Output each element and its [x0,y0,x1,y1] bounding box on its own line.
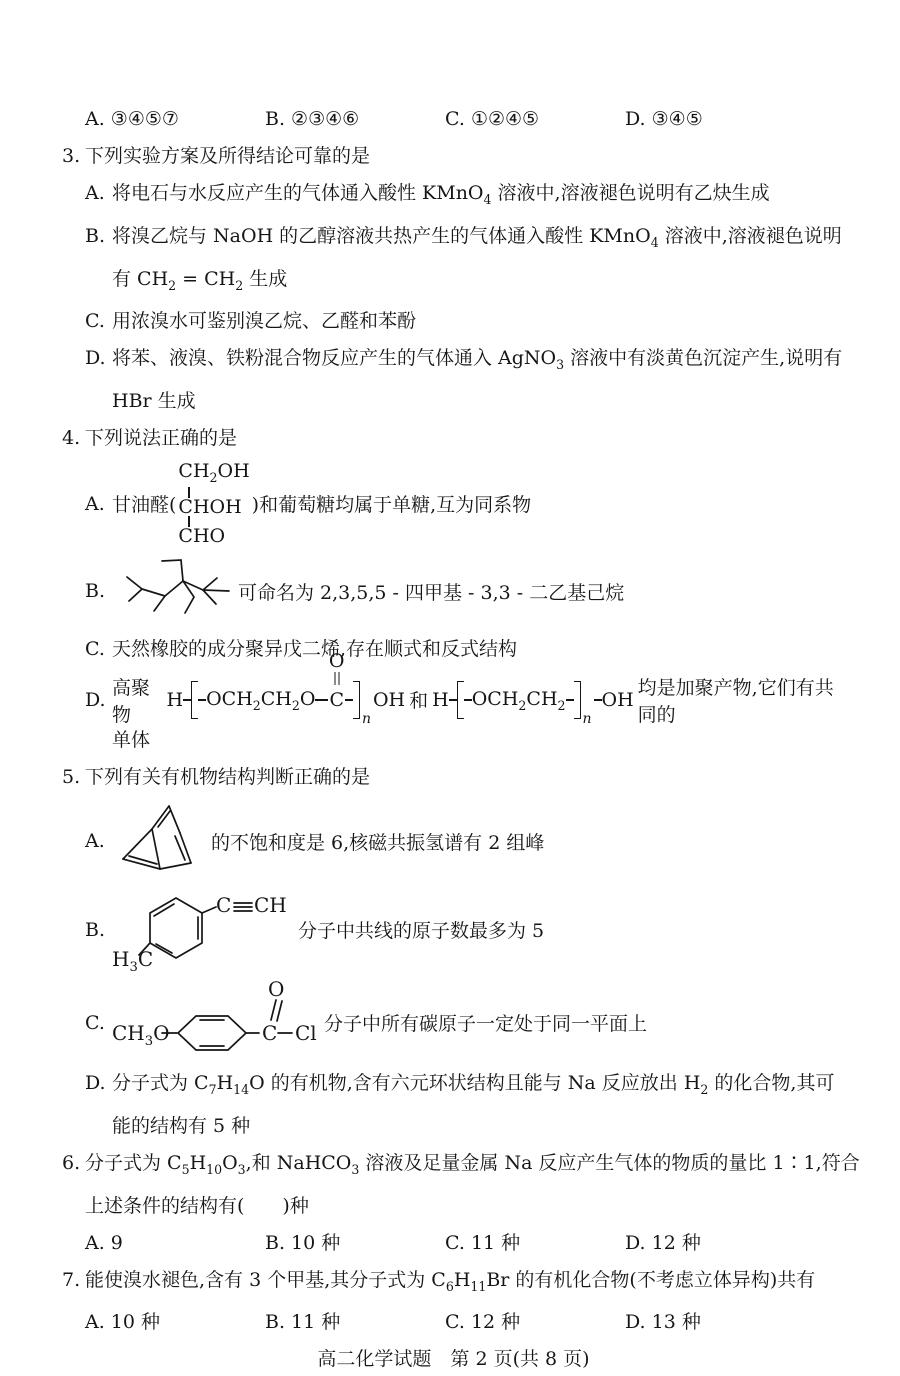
polymer-bracket-left [457,681,464,719]
formula-ch3o: CH3O [112,1022,170,1053]
option-text: 分子中所有碳原子一定处于同一平面上 [324,1009,647,1036]
q5-option-b: B. C CH H3C 分子中共线的原子数最多为 5 [62,884,845,976]
bond-line [449,699,457,701]
option-b: B. 10 种 [265,1230,445,1257]
option-a: A. ③④⑤⑦ [85,106,265,133]
formula-h: H [432,689,449,711]
formula-c: C [329,689,344,711]
formula-choh: CHOH [178,498,241,516]
formula-chain: OCH2CH2O [206,688,315,713]
option-letter: D. [85,689,112,711]
question-number: 7. [62,1267,85,1300]
option-text-suffix: 均是加聚产物,它们有共同的 [638,673,845,727]
subscript-n: n [582,711,591,727]
branched-alkane-skeletal-structure [112,549,238,634]
option-letter: D. [85,345,112,415]
q3-option-a: A. 将电石与水反应产生的气体通入酸性 KMnO4 溶液中,溶液褪色说明有乙炔生… [62,180,845,213]
option-text: 用浓溴水可鉴别溴乙烷、乙醛和苯酚 [112,308,416,335]
option-text-line2: HBr 生成 [112,388,845,415]
polyether-polymer-formula: H OCH2CH2 n OH [432,681,634,719]
barrelene-structure [112,801,207,882]
formula-ch2oh: CH2OH [178,462,249,487]
option-letter: B. [85,919,112,941]
q4-option-d: D. 高聚物 H OCH2CH2O O C n OH 和 H OCH2CH2 [62,673,845,727]
option-b: B. ②③④⑥ [265,106,445,133]
option-d: D. 13 种 [625,1309,805,1336]
q3-option-b: B. 将溴乙烷与 NaOH 的乙醇溶液共热产生的气体通入酸性 KMnO4 溶液中… [62,223,845,309]
option-letter: A. [85,830,112,852]
q4-option-d-line2: 单体 [62,727,845,754]
option-text-line2: 能的结构有 5 种 [112,1113,845,1140]
q6-options-row: A. 9 B. 10 种 C. 11 种 D. 12 种 [62,1230,845,1257]
polycarbonate-polymer-formula: H OCH2CH2O O C n OH [167,681,406,719]
option-text-line1: 将溴乙烷与 NaOH 的乙醇溶液共热产生的气体通入酸性 KMnO4 溶液中,溶液… [112,223,845,256]
bond-line [345,699,353,701]
bond-line [183,699,191,701]
option-letter: B. [85,580,112,602]
formula-h3c: H3C [112,948,153,979]
formula-h: H [167,689,184,711]
option-text-line2: 有 CH2 = CH2 生成 [112,266,845,299]
q3-option-c: C. 用浓溴水可鉴别溴乙烷、乙醛和苯酚 [62,308,845,335]
option-text: 的不饱和度是 6,核磁共振氢谱有 2 组峰 [211,828,544,855]
formula-o: O [329,652,345,671]
option-letter: C. [85,308,112,335]
bond-line [315,699,328,701]
q3-option-d: D. 将苯、液溴、铁粉混合物反应产生的气体通入 AgNO3 溶液中有淡黄色沉淀产… [62,345,845,425]
double-bond-line [334,672,339,685]
option-text-mid: 和 [409,686,428,713]
question-6-stem: 6. 分子式为 C5H10O3,和 NaHCO3 溶液及足量金属 Na 反应产生… [62,1150,845,1230]
option-c: C. ①②④⑤ [445,106,625,133]
formula-cho: CHO [178,527,225,545]
polymer-bracket-right: n [574,681,581,719]
option-a: A. 9 [85,1230,265,1257]
option-text: 可命名为 2,3,5,5 - 四甲基 - 3,3 - 二乙基己烷 [238,578,624,605]
stem-text: 下列实验方案及所得结论可靠的是 [85,143,370,170]
subscript-n: n [362,711,371,727]
question-number: 6. [62,1150,85,1220]
exam-page: A. ③④⑤⑦ B. ②③④⑥ C. ①②④⑤ D. ③④⑤ 3. 下列实验方案… [0,0,900,1376]
formula-o: O [268,978,284,1000]
q5-option-a: A. 的不饱和度是 6,核磁共振氢谱有 2 组峰 [62,801,845,882]
q5-option-c: C. CH3O C O Cl 分子中所有碳原子一定处于同一平面上 [62,978,845,1068]
option-letter: D. [85,1070,112,1140]
bond-line [566,699,574,701]
formula-ch: CH [254,894,287,916]
formula-cl: Cl [295,1022,317,1044]
option-text-line1: 分子式为 C7H14O 的有机物,含有六元环状结构且能与 Na 反应放出 H2 … [112,1070,845,1103]
option-letter: C. [85,1012,112,1034]
bond-line [594,699,602,701]
glyceraldehyde-structure: CH2OH CHOH CHO [178,462,249,545]
question-number: 4. [62,425,85,452]
option-text: 天然橡胶的成分聚异戊二烯,存在顺式和反式结构 [112,636,517,663]
stem-text: 下列说法正确的是 [85,425,237,452]
option-text: 分子中共线的原子数最多为 5 [298,916,544,943]
option-a: A. 10 种 [85,1309,265,1336]
stem-line1: 分子式为 C5H10O3,和 NaHCO3 溶液及足量金属 Na 反应产生气体的… [85,1150,845,1183]
methylphenyl-acetylene-structure: C CH H3C [112,884,298,976]
option-b: B. 11 种 [265,1309,445,1336]
q4-option-a: A. 甘油醛( CH2OH CHOH CHO )和葡萄糖均属于单糖,互为同系物 [62,462,845,545]
polymer-bracket-left [191,681,198,719]
formula-chain: OCH2CH2 [472,688,566,713]
option-text-prefix: 高聚物 [112,673,163,727]
stem-line2: 上述条件的结构有( )种 [85,1193,845,1220]
bond-line [198,699,206,701]
polymer-bracket-right: n [353,681,360,719]
q4-option-c: C. 天然橡胶的成分聚异戊二烯,存在顺式和反式结构 [62,636,845,663]
q4-option-b: B. 可命名为 2,3,5,5 - 四甲基 - 3,3 - 二乙基己烷 [62,549,845,634]
q7-options-row: A. 10 种 B. 11 种 C. 12 种 D. 13 种 [62,1309,845,1336]
option-text-suffix: )和葡萄糖均属于单糖,互为同系物 [252,490,531,517]
carbonyl-group: O C [328,689,345,711]
option-text-prefix: 甘油醛( [112,490,176,517]
option-text-line1: 将苯、液溴、铁粉混合物反应产生的气体通入 AgNO3 溶液中有淡黄色沉淀产生,说… [112,345,845,378]
question-3-stem: 3. 下列实验方案及所得结论可靠的是 [62,143,845,170]
option-letter: A. [85,493,112,515]
option-c: C. 11 种 [445,1230,625,1257]
prev-question-options-row: A. ③④⑤⑦ B. ②③④⑥ C. ①②④⑤ D. ③④⑤ [62,106,845,133]
formula-c: C [216,894,231,916]
option-letter: A. [85,180,112,213]
option-letter: C. [85,636,112,663]
formula-oh: OH [602,689,634,711]
question-number: 5. [62,764,85,791]
question-number: 3. [62,143,85,170]
option-letter: B. [85,223,112,299]
stem-text: 下列有关有机物结构判断正确的是 [85,764,370,791]
anisoyl-chloride-structure: CH3O C O Cl [112,978,324,1068]
option-d: D. ③④⑤ [625,106,805,133]
option-c: C. 12 种 [445,1309,625,1336]
page-footer: 高二化学试题 第 2 页(共 8 页) [62,1346,845,1373]
option-text: 单体 [112,727,150,754]
question-4-stem: 4. 下列说法正确的是 [62,425,845,452]
question-7-stem: 7. 能使溴水褪色,含有 3 个甲基,其分子式为 C6H11Br 的有机化合物(… [62,1267,845,1300]
option-d: D. 12 种 [625,1230,805,1257]
formula-oh: OH [373,689,405,711]
question-5-stem: 5. 下列有关有机物结构判断正确的是 [62,764,845,791]
bond-line [464,699,472,701]
option-text: 将电石与水反应产生的气体通入酸性 KMnO4 溶液中,溶液褪色说明有乙炔生成 [112,180,770,213]
q5-option-d: D. 分子式为 C7H14O 的有机物,含有六元环状结构且能与 Na 反应放出 … [62,1070,845,1150]
stem-text: 能使溴水褪色,含有 3 个甲基,其分子式为 C6H11Br 的有机化合物(不考虑… [85,1267,815,1300]
formula-c: C [262,1022,277,1044]
